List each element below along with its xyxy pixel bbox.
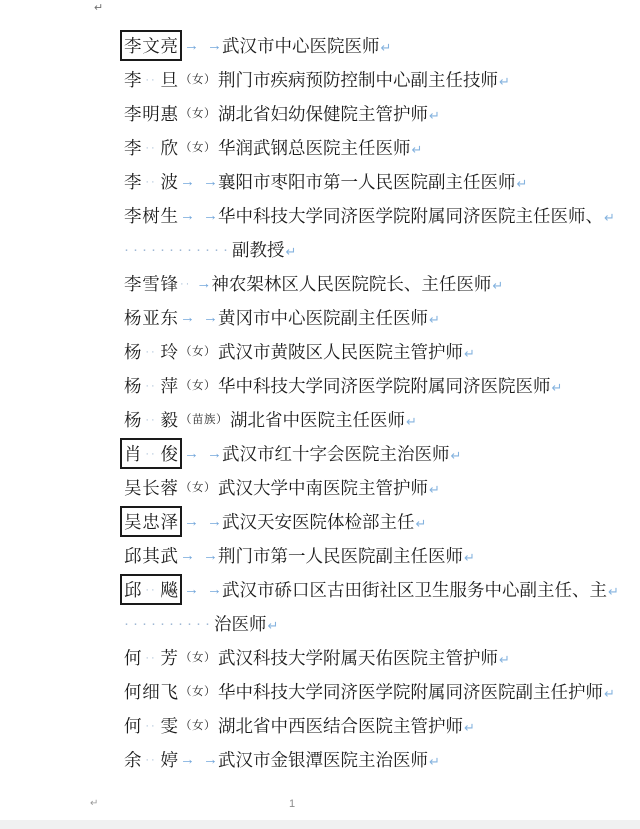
name-char: 蓉	[161, 475, 179, 500]
gender-paren-label: （女）	[180, 105, 218, 121]
name-char: 泽	[161, 509, 179, 534]
tab-arrow-icon: →	[207, 582, 222, 597]
person-name: 李··旦	[124, 67, 178, 92]
return-mark-icon: ↵	[517, 176, 528, 191]
gender-paren-label: （女）	[180, 649, 218, 665]
return-mark-icon: ↵	[604, 210, 615, 225]
name-char: 李	[124, 135, 142, 160]
gender-paren: （女）	[178, 717, 218, 733]
tab-arrow-icon: →	[203, 548, 218, 563]
name-char: 明	[142, 101, 160, 126]
return-mark-icon: ↵	[267, 618, 278, 633]
list-row: 何··芳（女）武汉科技大学附属天佑医院主管护师↵	[0, 640, 640, 674]
person-title-continued: 治医师↵	[214, 611, 278, 636]
tab-marks: →→	[178, 752, 218, 767]
list-row: 邱··飚→→武汉市硚口区古田街社区卫生服务中心副主任、主↵	[0, 572, 640, 606]
person-name: 李明惠	[124, 101, 178, 126]
name-char: 李	[124, 67, 142, 92]
list-row: 何··雯（女）湖北省中西医结合医院主管护师↵	[0, 708, 640, 742]
tab-arrow-icon: →	[203, 174, 218, 189]
person-title: 华中科技大学同济医学院附属同济医院副主任护师↵	[218, 679, 615, 704]
person-title: 武汉市红十字会医院主治医师↵	[222, 441, 461, 466]
person-title: 荆门市疾病预防控制中心副主任技师↵	[218, 67, 510, 92]
tab-arrow-icon: →	[184, 446, 199, 461]
name-char: 肖	[124, 441, 142, 466]
tab-arrow-icon: →	[180, 548, 195, 563]
name-char: 细	[142, 679, 160, 704]
name-char: 锋	[161, 271, 179, 296]
person-title: 湖北省妇幼保健院主管护师↵	[218, 101, 440, 126]
gender-paren-label: （女）	[180, 343, 218, 359]
space-dots-icon: ··	[145, 653, 156, 664]
person-name: 杨··玲	[124, 339, 178, 364]
person-title: 武汉市硚口区古田街社区卫生服务中心副主任、主↵	[222, 577, 619, 602]
name-char: 飚	[160, 577, 178, 602]
space-dots-icon: ············	[124, 242, 232, 257]
name-char: 邱	[124, 543, 142, 568]
page-number: 1	[289, 798, 295, 810]
tab-arrow-icon: →	[207, 38, 222, 53]
name-char: 飞	[161, 679, 179, 704]
space-dots-icon: ··	[145, 143, 156, 154]
list-row: 杨··毅（苗族）湖北省中医院主任医师↵	[0, 402, 640, 436]
list-row: 杨··玲（女）武汉市黄陂区人民医院主管护师↵	[0, 334, 640, 368]
list-row: 吴忠泽→→武汉天安医院体检部主任↵	[0, 504, 640, 538]
list-row: 何细飞（女）华中科技大学同济医学院附属同济医院副主任护师↵	[0, 674, 640, 708]
name-char: 杨	[124, 339, 142, 364]
name-char: 吴	[124, 509, 142, 534]
person-title: 神农架林区人民医院院长、主任医师↵	[211, 271, 503, 296]
return-mark-icon: ↵	[604, 686, 615, 701]
space-dots-icon: ··	[145, 449, 156, 460]
return-mark-icon: ↵	[429, 754, 440, 769]
person-name: 余··婷	[124, 747, 178, 772]
tab-marks: →→	[182, 514, 222, 529]
person-title-continued: 副教授↵	[232, 237, 296, 262]
person-name: 李树生	[124, 203, 178, 228]
name-char: 毅	[160, 407, 178, 432]
tab-arrow-icon: →	[207, 446, 222, 461]
space-dots-icon: ··	[145, 585, 156, 596]
name-char: 李	[124, 271, 142, 296]
name-char: 何	[124, 713, 142, 738]
gender-paren-label: （女）	[180, 717, 218, 733]
tab-marks: →→	[178, 310, 218, 325]
tab-arrow-icon: →	[207, 514, 222, 529]
gender-paren: （女）	[178, 105, 218, 121]
gender-paren: （女）	[178, 479, 218, 495]
return-mark-icon: ↵	[429, 482, 440, 497]
space-dots-icon: ··	[145, 177, 156, 188]
name-char: 其	[142, 543, 160, 568]
tab-arrow-icon: →	[180, 752, 195, 767]
return-mark-icon: ↵	[381, 40, 392, 55]
name-char: 文	[142, 33, 160, 58]
document-page: ↵ 李文亮→→武汉市中心医院医师↵李··旦（女）荆门市疾病预防控制中心副主任技师…	[0, 0, 640, 829]
name-char: 长	[142, 475, 160, 500]
tab-arrow-icon: →	[203, 208, 218, 223]
gender-paren: （女）	[178, 71, 218, 87]
person-title: 武汉天安医院体检部主任↵	[222, 509, 426, 534]
person-title: 荆门市第一人民医院副主任医师↵	[218, 543, 475, 568]
gender-paren-label: （女）	[180, 71, 218, 87]
person-name: 吴忠泽	[120, 506, 182, 537]
space-dots-icon: ··	[145, 347, 156, 358]
name-char: 欣	[160, 135, 178, 160]
name-char: 旦	[160, 67, 178, 92]
person-title: 襄阳市枣阳市第一人民医院副主任医师↵	[218, 169, 527, 194]
name-char: 玲	[160, 339, 178, 364]
space-dots-icon: ··	[180, 279, 191, 290]
person-title: 武汉市黄陂区人民医院主管护师↵	[218, 339, 475, 364]
honoree-list: 李文亮→→武汉市中心医院医师↵李··旦（女）荆门市疾病预防控制中心副主任技师↵李…	[0, 28, 640, 776]
list-row: 余··婷→→武汉市金银潭医院主治医师↵	[0, 742, 640, 776]
list-row: 李··欣（女）华润武钢总医院主任医师↵	[0, 130, 640, 164]
paragraph-mark-icon: ↵	[94, 1, 103, 14]
person-name: 李文亮	[120, 30, 182, 61]
gender-paren: （女）	[178, 343, 218, 359]
person-name: 邱··飚	[120, 574, 182, 605]
name-char: 亚	[142, 305, 160, 330]
name-char: 余	[124, 747, 142, 772]
name-char: 何	[124, 679, 142, 704]
name-char: 杨	[124, 373, 142, 398]
tab-marks: →→	[178, 548, 218, 563]
person-title: 华中科技大学同济医学院附属同济医院主任医师、↵	[218, 203, 615, 228]
person-name: 杨··毅	[124, 407, 178, 432]
name-char: 东	[161, 305, 179, 330]
name-char: 雪	[142, 271, 160, 296]
return-mark-icon: ↵	[492, 278, 503, 293]
return-mark-icon: ↵	[608, 584, 619, 599]
gender-paren-label: （女）	[180, 377, 218, 393]
tab-marks: →→	[178, 208, 218, 223]
name-char: 婷	[160, 747, 178, 772]
person-title: 湖北省中西医结合医院主管护师↵	[218, 713, 475, 738]
space-dots-icon: ··	[145, 415, 156, 426]
name-char: 吴	[124, 475, 142, 500]
person-name: 肖··俊	[120, 438, 182, 469]
return-mark-icon: ↵	[429, 108, 440, 123]
person-title: 武汉大学中南医院主管护师↵	[218, 475, 440, 500]
person-title: 武汉市中心医院医师↵	[222, 33, 391, 58]
person-title: 武汉科技大学附属天佑医院主管护师↵	[218, 645, 510, 670]
tab-arrow-icon: →	[203, 752, 218, 767]
list-row: 邱其武→→荆门市第一人民医院副主任医师↵	[0, 538, 640, 572]
footer-paragraph-mark-icon: ↵	[90, 798, 98, 809]
person-title: 湖北省中医院主任医师↵	[230, 407, 417, 432]
tab-arrow-icon: →	[184, 514, 199, 529]
list-row: 杨··萍（女）华中科技大学同济医学院附属同济医院医师↵	[0, 368, 640, 402]
tab-marks: ··→	[178, 276, 211, 291]
person-name: 何··雯	[124, 713, 178, 738]
person-name: 李··波	[124, 169, 178, 194]
list-row: 李··波→→襄阳市枣阳市第一人民医院副主任医师↵	[0, 164, 640, 198]
name-char: 芳	[160, 645, 178, 670]
gender-paren: （女）	[178, 139, 218, 155]
return-mark-icon: ↵	[499, 652, 510, 667]
space-dots-icon: ··	[145, 755, 156, 766]
list-row: 李··旦（女）荆门市疾病预防控制中心副主任技师↵	[0, 62, 640, 96]
name-char: 波	[160, 169, 178, 194]
person-title: 武汉市金银潭医院主治医师↵	[218, 747, 440, 772]
list-row: 李文亮→→武汉市中心医院医师↵	[0, 28, 640, 62]
gender-paren: （苗族）	[178, 411, 230, 427]
name-char: 忠	[142, 509, 160, 534]
return-mark-icon: ↵	[451, 448, 462, 463]
space-dots-icon: ··	[145, 721, 156, 732]
person-name: 李雪锋	[124, 271, 178, 296]
tab-arrow-icon: →	[196, 276, 211, 291]
name-char: 树	[142, 203, 160, 228]
tab-arrow-icon: →	[203, 310, 218, 325]
name-char: 杨	[124, 305, 142, 330]
space-dots-icon: ··	[145, 381, 156, 392]
tab-arrow-icon: →	[180, 310, 195, 325]
person-name: 李··欣	[124, 135, 178, 160]
person-title: 华润武钢总医院主任医师↵	[218, 135, 422, 160]
gender-paren: （女）	[178, 683, 218, 699]
gender-paren: （女）	[178, 377, 218, 393]
list-row: 李树生→→华中科技大学同济医学院附属同济医院主任医师、↵	[0, 198, 640, 232]
name-char: 何	[124, 645, 142, 670]
name-char: 生	[161, 203, 179, 228]
person-title: 黄冈市中心医院副主任医师↵	[218, 305, 440, 330]
return-mark-icon: ↵	[464, 720, 475, 735]
gender-paren: （女）	[178, 649, 218, 665]
return-mark-icon: ↵	[406, 414, 417, 429]
list-row: 肖··俊→→武汉市红十字会医院主治医师↵	[0, 436, 640, 470]
list-row: 李明惠（女）湖北省妇幼保健院主管护师↵	[0, 96, 640, 130]
list-row: 杨亚东→→黄冈市中心医院副主任医师↵	[0, 300, 640, 334]
gender-paren-label: （女）	[180, 139, 218, 155]
return-mark-icon: ↵	[285, 244, 296, 259]
return-mark-icon: ↵	[552, 380, 563, 395]
list-row: 李雪锋··→神农架林区人民医院院长、主任医师↵	[0, 266, 640, 300]
tab-marks: →→	[182, 582, 222, 597]
gender-paren-label: （女）	[180, 479, 218, 495]
person-name: 杨··萍	[124, 373, 178, 398]
name-char: 雯	[160, 713, 178, 738]
name-char: 邱	[124, 577, 142, 602]
tab-arrow-icon: →	[180, 208, 195, 223]
person-name: 何细飞	[124, 679, 178, 704]
name-char: 李	[124, 169, 142, 194]
tab-arrow-icon: →	[184, 38, 199, 53]
return-mark-icon: ↵	[464, 550, 475, 565]
name-char: 萍	[160, 373, 178, 398]
page-edge-strip	[0, 820, 640, 829]
name-char: 武	[161, 543, 179, 568]
return-mark-icon: ↵	[499, 74, 510, 89]
return-mark-icon: ↵	[429, 312, 440, 327]
tab-arrow-icon: →	[184, 582, 199, 597]
tab-marks: →→	[178, 174, 218, 189]
person-name: 杨亚东	[124, 305, 178, 330]
list-row-continuation: ············副教授↵	[0, 232, 640, 266]
return-mark-icon: ↵	[412, 142, 423, 157]
space-dots-icon: ··	[145, 75, 156, 86]
person-title: 华中科技大学同济医学院附属同济医院医师↵	[218, 373, 562, 398]
name-char: 李	[124, 33, 142, 58]
list-row: 吴长蓉（女）武汉大学中南医院主管护师↵	[0, 470, 640, 504]
name-char: 李	[124, 101, 142, 126]
space-dots-icon: ··········	[124, 616, 214, 631]
person-name: 吴长蓉	[124, 475, 178, 500]
list-row-continuation: ··········治医师↵	[0, 606, 640, 640]
person-name: 何··芳	[124, 645, 178, 670]
name-char: 惠	[161, 101, 179, 126]
person-name: 邱其武	[124, 543, 178, 568]
name-char: 李	[124, 203, 142, 228]
page-footer: ↵ 1	[0, 796, 640, 812]
return-mark-icon: ↵	[464, 346, 475, 361]
return-mark-icon: ↵	[416, 516, 427, 531]
tab-marks: →→	[182, 38, 222, 53]
tab-marks: →→	[182, 446, 222, 461]
gender-paren-label: （女）	[180, 683, 218, 699]
name-char: 杨	[124, 407, 142, 432]
name-char: 亮	[161, 33, 179, 58]
tab-arrow-icon: →	[180, 174, 195, 189]
name-char: 俊	[160, 441, 178, 466]
gender-paren-label: （苗族）	[180, 411, 230, 427]
